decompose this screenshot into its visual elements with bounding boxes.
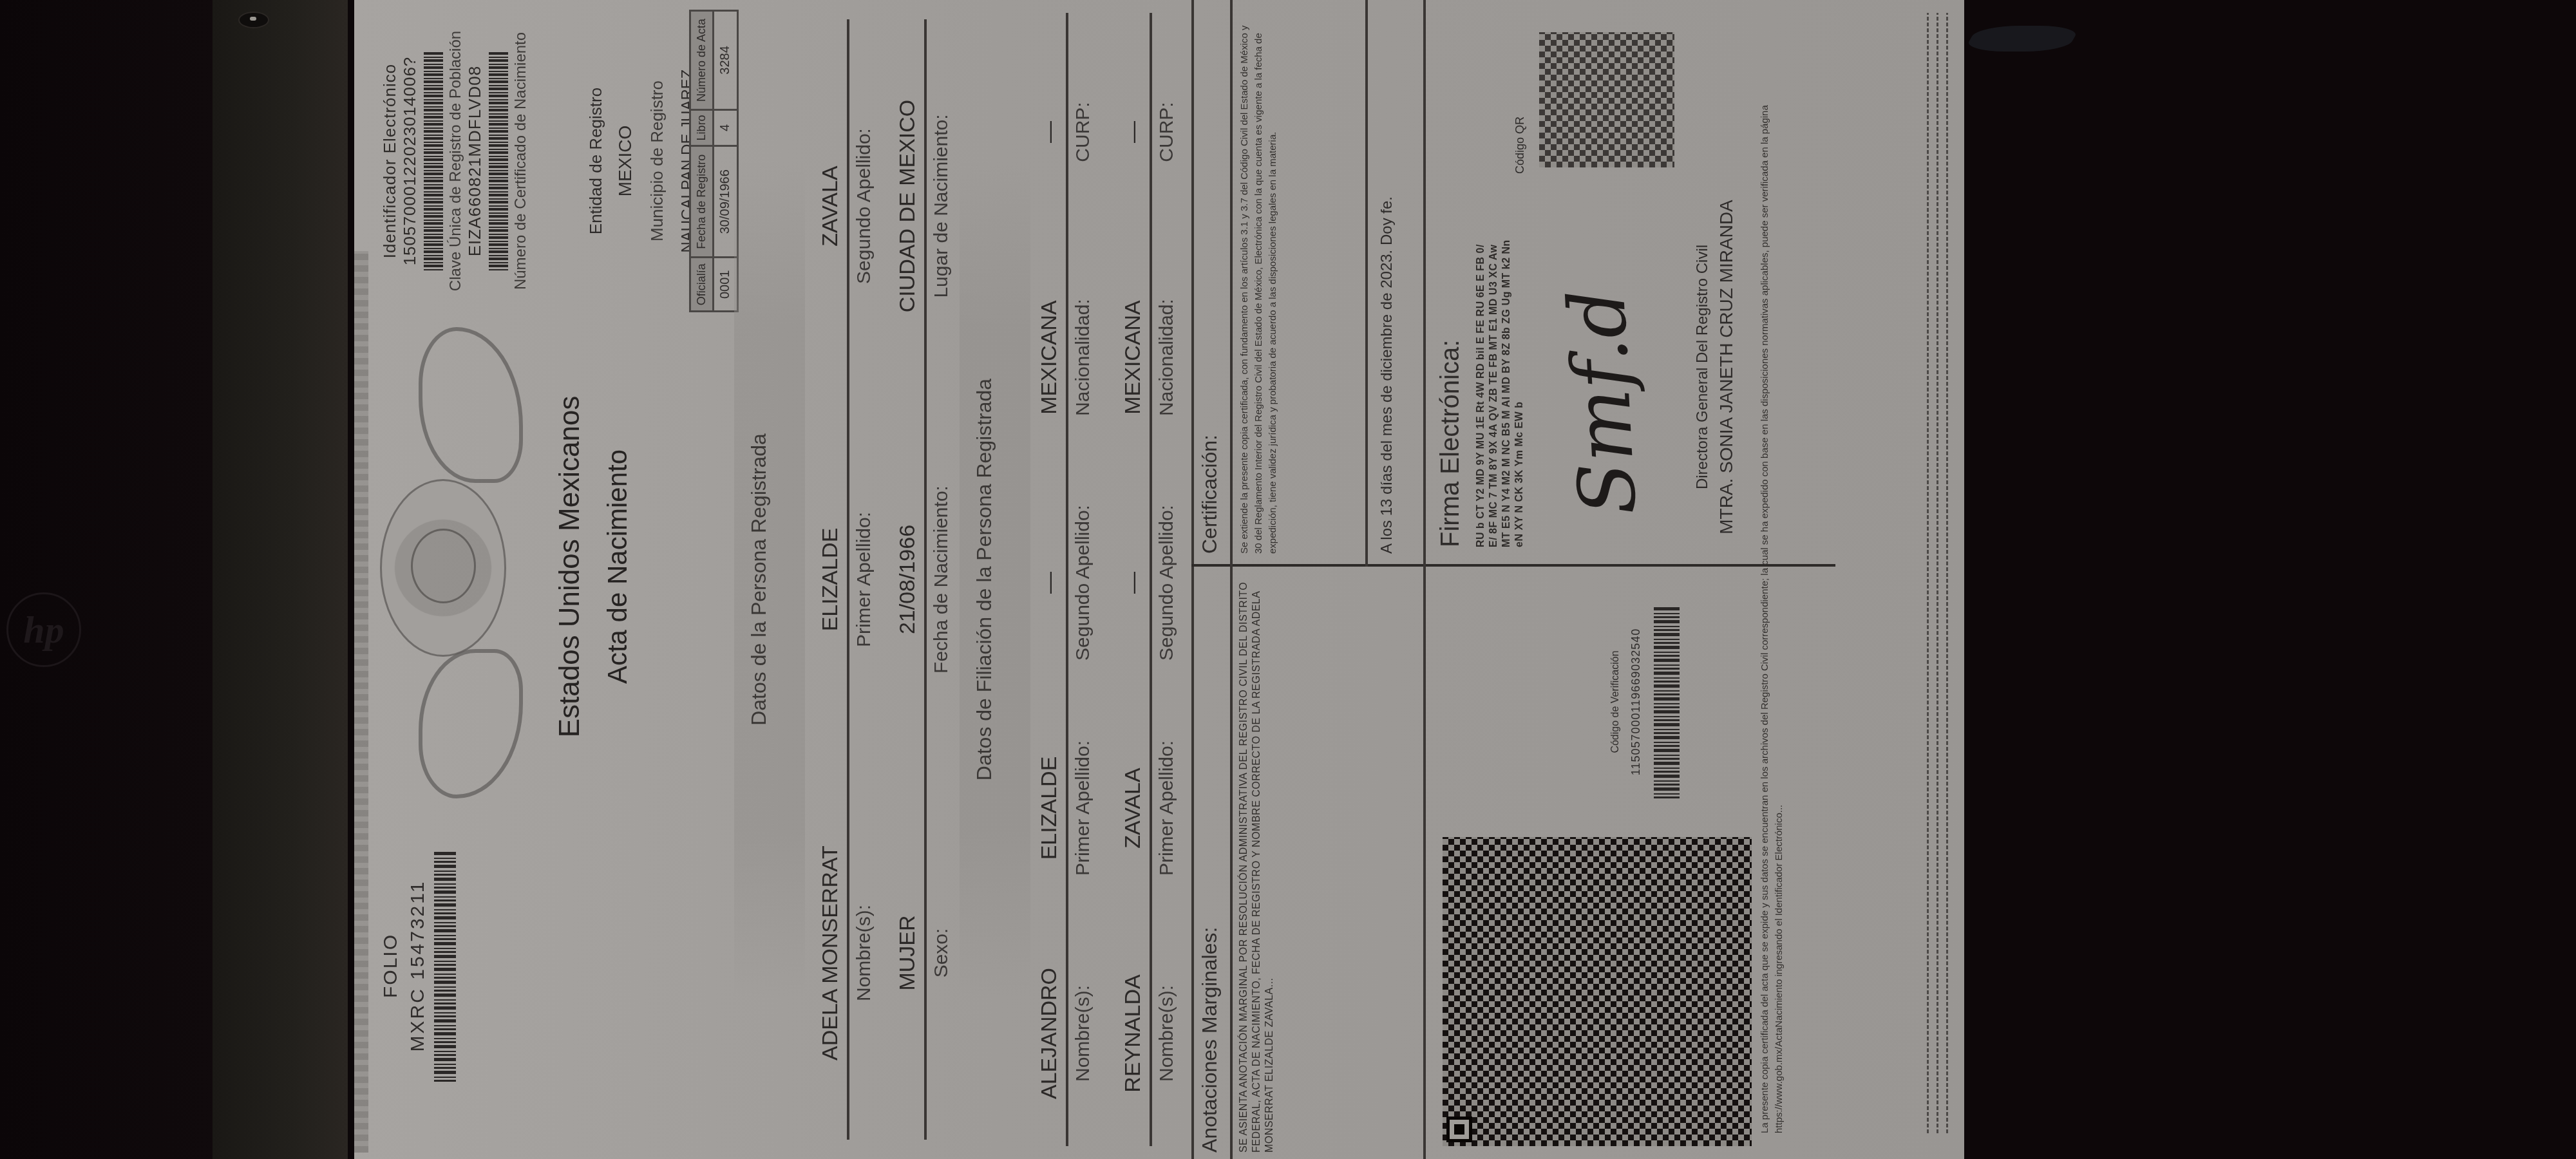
identifier-block: Identificador Electrónico 15057000122023… xyxy=(380,26,530,296)
folio-barcode-icon xyxy=(434,850,456,1082)
signer-title: Directora General Del Registro Civil xyxy=(1694,187,1712,547)
verification-code: 115057000119669032540 xyxy=(1629,592,1643,811)
registered-person-heading: Datos de la Persona Registrada xyxy=(747,0,771,1159)
firma-electronica-code: RU b CT Y2 MD 9Y MU 1E Rt 4W RD bil E FE… xyxy=(1475,238,1526,547)
parent2-segundo-apellido-label: Segundo Apellido: xyxy=(1156,476,1178,689)
entity-value: MEXICO xyxy=(615,26,636,296)
national-seal-icon xyxy=(380,479,506,657)
annotations-text: SE ASIENTA ANOTACIÓN MARGINAL POR RESOLU… xyxy=(1238,579,1276,1153)
primer-apellido-value: ELIZALDE xyxy=(818,399,843,760)
document-title: Acta de Nacimiento xyxy=(602,322,633,811)
divider xyxy=(847,19,849,1140)
primer-apellido-label: Primer Apellido: xyxy=(853,399,875,760)
municipality-label: Municipio de Registro xyxy=(647,26,667,296)
hp-logo-icon: hp xyxy=(6,592,81,667)
divider xyxy=(1150,13,1152,1146)
ornament-border xyxy=(354,251,368,1153)
birth-certificate: FOLIO MXRC 15473211 Estados Unidos Mexic… xyxy=(354,0,1964,1159)
screw-icon xyxy=(238,12,269,28)
folio-number: MXRC 15473211 xyxy=(407,850,429,1082)
nombres-label: Nombre(s): xyxy=(853,773,875,1133)
parent1-nombres-value: ALEJANDRO xyxy=(1037,927,1062,1140)
nombres-value: ADELA MONSERRAT xyxy=(818,773,843,1133)
parent2-curp-value: — xyxy=(1121,26,1146,238)
curp-label: Clave Única de Registro de Población xyxy=(447,26,465,296)
parent1-curp-label: CURP: xyxy=(1072,26,1094,238)
signer-name: MTRA. SONIA JANETH CRUZ MIRANDA xyxy=(1716,187,1737,547)
table-header: Oficialía xyxy=(690,258,714,312)
divider xyxy=(1191,0,1194,1159)
country-heading: Estados Unidos Mexicanos xyxy=(554,322,586,811)
security-microtext xyxy=(1919,13,1956,1133)
signature-qr-icon xyxy=(1539,32,1674,167)
fecha-nacimiento-label: Fecha de Nacimiento: xyxy=(931,399,952,760)
parent1-nacionalidad-label: Nacionalidad: xyxy=(1072,251,1094,464)
ornament-swirl-left-icon xyxy=(419,649,523,798)
divider xyxy=(1191,564,1835,567)
table-header: Fecha de Registro xyxy=(690,146,714,258)
parent2-nombres-label: Nombre(s): xyxy=(1156,927,1178,1140)
lugar-nacimiento-value: CIUDAD DE MEXICO xyxy=(895,26,920,386)
registry-table: Oficialía Fecha de Registro Libro Número… xyxy=(689,10,739,312)
parent2-primer-apellido-value: ZAVALA xyxy=(1121,702,1146,914)
certification-date: A los 13 días del mes de diciembre de 20… xyxy=(1378,196,1396,554)
qr-code-icon xyxy=(1443,837,1752,1146)
sexo-value: MUJER xyxy=(895,773,920,1133)
divider xyxy=(1230,0,1233,1159)
ornament-swirl-right-icon xyxy=(419,327,523,483)
verification-barcode-icon xyxy=(1654,605,1680,798)
divider xyxy=(1066,13,1068,1146)
folio-block: FOLIO MXRC 15473211 xyxy=(380,850,456,1082)
identifier-barcode-icon xyxy=(424,52,443,270)
parent1-nacionalidad-value: MEXICANA xyxy=(1037,251,1062,464)
filiation-heading: Datos de Filiación de la Persona Registr… xyxy=(972,0,996,1159)
segundo-apellido-label: Segundo Apellido: xyxy=(853,26,875,386)
entity-label: Entidad de Registro xyxy=(586,26,606,296)
parent2-nombres-value: REYNALDA xyxy=(1121,927,1146,1140)
firma-electronica-label: Firma Electrónica: xyxy=(1436,340,1465,547)
parent1-curp-value: — xyxy=(1037,26,1062,238)
handwritten-signature: Smf.d xyxy=(1553,287,1654,518)
annotations-heading: Anotaciones Marginales: xyxy=(1198,927,1222,1153)
document-photo: FOLIO MXRC 15473211 Estados Unidos Mexic… xyxy=(345,0,1974,1159)
certification-text: Se extiende la presente copia certificad… xyxy=(1238,13,1280,554)
parent2-nacionalidad-label: Nacionalidad: xyxy=(1156,251,1178,464)
divider xyxy=(1365,0,1368,567)
curp-value: EIZA660821MDFLVD08 xyxy=(465,26,485,296)
identifier-value: 15057000122023014006? xyxy=(400,26,420,296)
divider xyxy=(924,19,927,1140)
certification-heading: Certificación: xyxy=(1198,435,1222,554)
certificate-number-label: Número de Certificado de Nacimiento xyxy=(512,26,530,296)
parent1-primer-apellido-label: Primer Apellido: xyxy=(1072,702,1094,914)
dark-background xyxy=(1958,0,2576,1159)
table-cell: 4 xyxy=(714,109,738,146)
segundo-apellido-value: ZAVALA xyxy=(818,26,843,386)
sexo-label: Sexo: xyxy=(931,773,952,1133)
divider xyxy=(1423,0,1426,1159)
identifier-label: Identificador Electrónico xyxy=(380,26,400,296)
footer-legal-text: La presente copia certificada del acta q… xyxy=(1758,39,1786,1133)
lugar-nacimiento-label: Lugar de Nacimiento: xyxy=(931,26,952,386)
qr-anchor-icon xyxy=(1446,1117,1472,1142)
laptop-lid-edge xyxy=(213,0,348,1159)
folio-label: FOLIO xyxy=(380,850,402,1082)
parent1-primer-apellido-value: ELIZALDE xyxy=(1037,702,1062,914)
parent2-nacionalidad-value: MEXICANA xyxy=(1121,251,1146,464)
table-header: Libro xyxy=(690,109,714,146)
parent1-nombres-label: Nombre(s): xyxy=(1072,927,1094,1140)
verification-label: Código de Verificación xyxy=(1610,592,1622,811)
parent1-segundo-apellido-label: Segundo Apellido: xyxy=(1072,476,1094,689)
qr-label: Código QR xyxy=(1513,117,1527,174)
parent2-curp-label: CURP: xyxy=(1156,26,1178,238)
curp-barcode-icon xyxy=(489,52,508,270)
registry-block: Entidad de Registro MEXICO Municipio de … xyxy=(586,26,697,296)
parent1-segundo-apellido-value: — xyxy=(1037,476,1062,689)
table-header: Número de Acta xyxy=(690,11,714,110)
desk-surface: hp xyxy=(0,0,213,1159)
parent2-segundo-apellido-value: — xyxy=(1121,476,1146,689)
table-cell: 3284 xyxy=(714,11,738,110)
parent2-primer-apellido-label: Primer Apellido: xyxy=(1156,702,1178,914)
fecha-nacimiento-value: 21/08/1966 xyxy=(895,399,920,760)
